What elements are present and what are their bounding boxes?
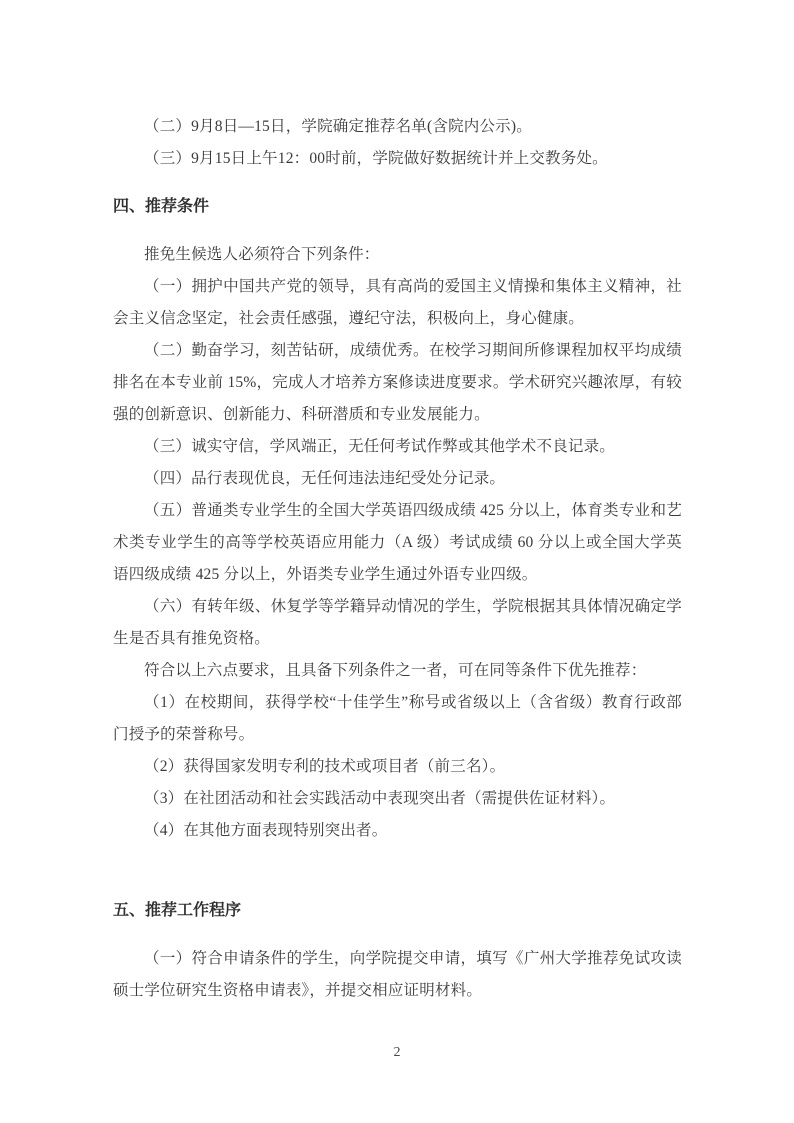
paragraph-schedule-2: （二）9月8日—15日，学院确定推荐名单(含院内公示)。 <box>113 111 682 143</box>
paragraph-priority-2: （2）获得国家发明专利的技术或项目者（前三名）。 <box>113 751 682 783</box>
section-heading-4: 四、推荐条件 <box>113 191 682 223</box>
paragraph-priority-1: （1）在校期间，获得学校“十佳学生”称号或省级以上（含省级）教育行政部门授予的荣… <box>113 687 682 751</box>
paragraph-condition-5: （五）普通类专业学生的全国大学英语四级成绩 425 分以上，体育类专业和艺术类专… <box>113 495 682 591</box>
paragraph-condition-1: （一）拥护中国共产党的领导，具有高尚的爱国主义情操和集体主义精神，社会主义信念坚… <box>113 271 682 335</box>
document-page: （二）9月8日—15日，学院确定推荐名单(含院内公示)。 （三）9月15日上午1… <box>0 0 794 1123</box>
paragraph-schedule-3: （三）9月15日上午12：00时前，学院做好数据统计并上交教务处。 <box>113 143 682 175</box>
paragraph-condition-2: （二）勤奋学习，刻苦钻研，成绩优秀。在校学习期间所修课程加权平均成绩排名在本专业… <box>113 335 682 431</box>
paragraph-priority-4: （4）在其他方面表现特别突出者。 <box>113 815 682 847</box>
paragraph-conditions-intro: 推免生候选人必须符合下列条件： <box>113 239 682 271</box>
page-number: 2 <box>0 1045 794 1061</box>
document-body: （二）9月8日—15日，学院确定推荐名单(含院内公示)。 （三）9月15日上午1… <box>113 111 682 1007</box>
paragraph-condition-6: （六）有转年级、休复学等学籍异动情况的学生，学院根据其具体情况确定学生是否具有推… <box>113 591 682 655</box>
paragraph-condition-3: （三）诚实守信，学风端正，无任何考试作弊或其他学术不良记录。 <box>113 431 682 463</box>
paragraph-priority-intro: 符合以上六点要求，且具备下列条件之一者，可在同等条件下优先推荐： <box>113 655 682 687</box>
paragraph-condition-4: （四）品行表现优良，无任何违法违纪受处分记录。 <box>113 463 682 495</box>
paragraph-procedure-1: （一）符合申请条件的学生，向学院提交申请，填写《广州大学推荐免试攻读硕士学位研究… <box>113 943 682 1007</box>
section-heading-5: 五、推荐工作程序 <box>113 895 682 927</box>
paragraph-priority-3: （3）在社团活动和社会实践活动中表现突出者（需提供佐证材料）。 <box>113 783 682 815</box>
